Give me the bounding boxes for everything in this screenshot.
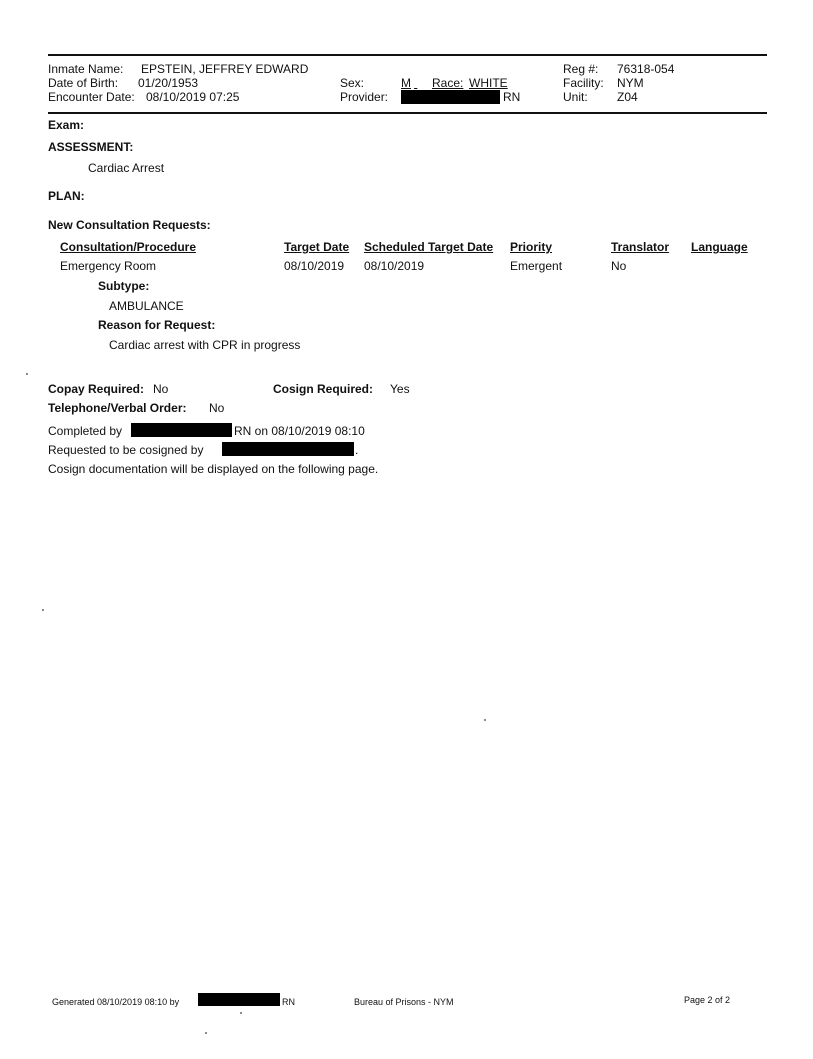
footer-generated: Generated 08/10/2019 08:10 by <box>52 995 179 1009</box>
col-header-translator: Translator <box>611 240 669 254</box>
col-header-scheduled-target-date: Scheduled Target Date <box>364 240 493 254</box>
sex-label: Sex: <box>340 76 364 90</box>
completed-by-detail: RN on 08/10/2019 08:10 <box>234 424 365 438</box>
scan-artifact <box>205 1032 207 1034</box>
footer-generated-credential: RN <box>282 995 295 1009</box>
inmate-name: EPSTEIN, JEFFREY EDWARD <box>141 62 308 76</box>
facility-label: Facility: <box>563 76 604 90</box>
exam-label: Exam: <box>48 118 84 132</box>
sex-race-gap <box>414 76 432 90</box>
telephone-verbal-order-value: No <box>209 401 224 415</box>
footer-organization: Bureau of Prisons - NYM <box>354 995 454 1009</box>
scan-artifact <box>42 609 44 611</box>
dob-label: Date of Birth: <box>48 76 118 90</box>
cosign-label: Cosign Required: <box>273 382 373 396</box>
copay-value: No <box>153 382 168 396</box>
encounter-date: 08/10/2019 07:25 <box>146 90 239 104</box>
cosigner-redaction <box>222 442 354 456</box>
scan-artifact <box>484 719 486 721</box>
consult-procedure: Emergency Room <box>60 259 156 273</box>
reason-value: Cardiac arrest with CPR in progress <box>109 338 300 352</box>
reason-label: Reason for Request: <box>98 318 215 332</box>
cosign-request-period: . <box>355 443 358 457</box>
assessment-label: ASSESSMENT: <box>48 140 133 154</box>
col-header-priority: Priority <box>510 240 552 254</box>
copay-label: Copay Required: <box>48 382 144 396</box>
unit: Z04 <box>617 90 638 104</box>
inmate-name-label: Inmate Name: <box>48 62 123 76</box>
consult-translator: No <box>611 259 626 273</box>
plan-label: PLAN: <box>48 189 85 203</box>
consult-target-date: 08/10/2019 <box>284 259 344 273</box>
page-number: Page 2 of 2 <box>684 993 730 1007</box>
cosign-request-label: Requested to be cosigned by <box>48 443 203 457</box>
facility: NYM <box>617 76 644 90</box>
encounter-date-label: Encounter Date: <box>48 90 135 104</box>
completed-by-label: Completed by <box>48 424 122 438</box>
sex-value: M <box>401 76 411 90</box>
consult-scheduled-target-date: 08/10/2019 <box>364 259 424 273</box>
scan-artifact <box>240 1012 242 1014</box>
reg-number: 76318-054 <box>617 62 674 76</box>
provider-redaction <box>401 90 500 104</box>
unit-label: Unit: <box>563 90 588 104</box>
race-value: WHITE <box>469 76 508 90</box>
provider-credential: RN <box>503 90 520 104</box>
subtype-value: AMBULANCE <box>109 299 184 313</box>
consultation-heading: New Consultation Requests: <box>48 218 211 232</box>
provider-label: Provider: <box>340 90 388 104</box>
dob: 01/20/1953 <box>138 76 198 90</box>
header-bottom-rule <box>48 112 767 114</box>
col-header-procedure: Consultation/Procedure <box>60 240 196 254</box>
race-label: Race: <box>432 76 463 90</box>
consult-priority: Emergent <box>510 259 562 273</box>
header-top-rule <box>48 54 767 56</box>
col-header-language: Language <box>691 240 748 254</box>
reg-label: Reg #: <box>563 62 598 76</box>
telephone-verbal-order-label: Telephone/Verbal Order: <box>48 401 186 415</box>
scan-artifact <box>26 373 28 375</box>
col-header-target-date: Target Date <box>284 240 349 254</box>
subtype-label: Subtype: <box>98 279 149 293</box>
footer-generator-redaction <box>198 993 280 1006</box>
completed-by-redaction <box>131 423 232 437</box>
cosign-note: Cosign documentation will be displayed o… <box>48 462 378 476</box>
assessment-value: Cardiac Arrest <box>88 161 164 175</box>
cosign-value: Yes <box>390 382 410 396</box>
